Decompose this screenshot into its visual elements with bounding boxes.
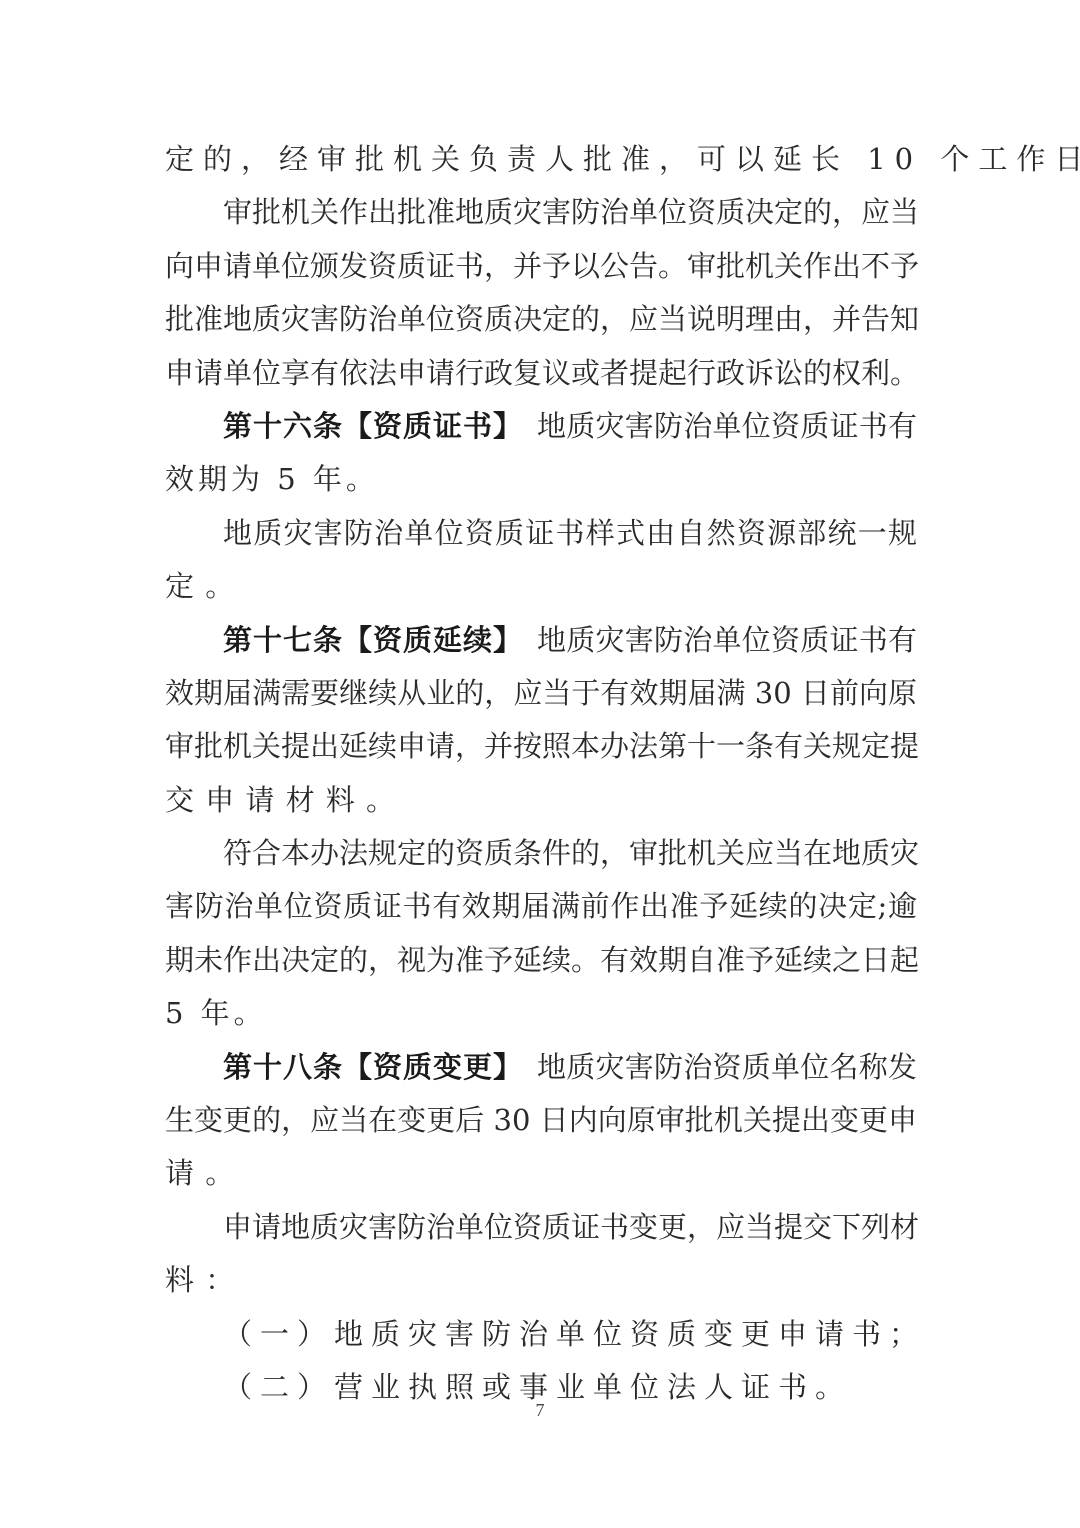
text-line: 符合本办法规定的资质条件的，审批机关应当在地质灾 (165, 827, 917, 880)
text-line: 5 年。 (165, 987, 917, 1040)
article-heading: 第十六条【资质证书】 (223, 400, 523, 453)
text-line: 期未作出决定的，视为准予延续。有效期自准予延续之日起 (165, 934, 917, 987)
text-line: 效期为 5 年。 (165, 453, 917, 506)
article-heading: 第十七条【资质延续】 (223, 614, 523, 667)
text-line: 交申请材料。 (165, 774, 917, 827)
article-heading: 第十八条【资质变更】 (223, 1041, 523, 1094)
text-line: 地质灾害防治单位资质证书有 (537, 614, 917, 667)
text-line: 生变更的，应当在变更后 30 日内向原审批机关提出变更申 (165, 1094, 917, 1147)
article-16: 第十六条【资质证书】 地质灾害防治单位资质证书有 (165, 400, 917, 453)
article-18: 第十八条【资质变更】 地质灾害防治资质单位名称发 (165, 1041, 917, 1094)
text-line: 批准地质灾害防治单位资质决定的，应当说明理由，并告知 (165, 293, 917, 346)
page-number: 7 (0, 1400, 1080, 1421)
text-line: 申请地质灾害防治单位资质证书变更，应当提交下列材 (165, 1201, 917, 1254)
text-line: 地质灾害防治资质单位名称发 (537, 1041, 917, 1094)
article-17: 第十七条【资质延续】 地质灾害防治单位资质证书有 (165, 614, 917, 667)
text-line: 审批机关提出延续申请，并按照本办法第十一条有关规定提 (165, 720, 917, 773)
text-line: 料： (165, 1254, 917, 1307)
text-line: 害防治单位资质证书有效期届满前作出准予延续的决定;逾 (165, 880, 917, 933)
text-line: 定的，经审批机关负责人批准，可以延长 10 个工作日。 (165, 133, 917, 186)
text-line: 申请单位享有依法申请行政复议或者提起行政诉讼的权利。 (165, 347, 917, 400)
text-line: 地质灾害防治单位资质证书有 (537, 400, 917, 453)
text-line: 向申请单位颁发资质证书，并予以公告。审批机关作出不予 (165, 240, 917, 293)
text-line: 定。 (165, 560, 917, 613)
list-item: （一）地质灾害防治单位资质变更申请书； (165, 1308, 917, 1361)
text-line: 审批机关作出批准地质灾害防治单位资质决定的，应当 (165, 186, 917, 239)
text-line: 地质灾害防治单位资质证书样式由自然资源部统一规 (165, 507, 917, 560)
text-line: 请。 (165, 1147, 917, 1200)
text-line: 效期届满需要继续从业的，应当于有效期届满 30 日前向原 (165, 667, 917, 720)
document-page: 定的，经审批机关负责人批准，可以延长 10 个工作日。 审批机关作出批准地质灾害… (165, 133, 917, 1414)
